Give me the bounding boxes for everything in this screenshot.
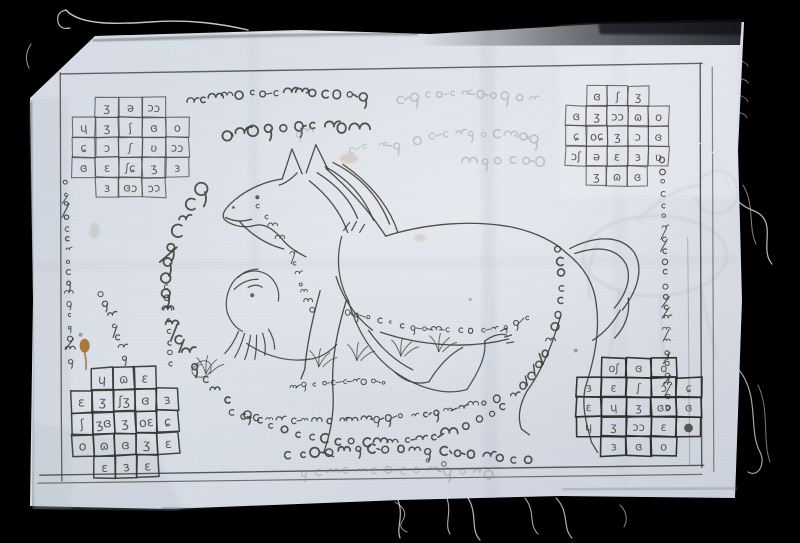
square-cell-numeral: ɜ [104,181,110,195]
square-cell-numeral: ɔɔ [147,100,161,115]
square-cell-numeral: ʒ [103,121,110,135]
square-cell-numeral: ɞ [79,161,87,175]
square-cell-numeral: ɞ [634,170,642,184]
square-cell-numeral: ɕ [164,415,172,430]
square-cell-numeral: ɞɔ [656,400,671,415]
square-cell-numeral: ɛ [660,420,667,435]
square-cell-numeral: ʃɕ [124,160,136,175]
square-cell-numeral: ɥ [79,120,88,135]
square-cell-numeral: ɛ [613,149,620,163]
square-cell-numeral: ɛ [101,461,108,476]
square-cell-numeral: ɞ [141,393,150,408]
square-cell-numeral: ʒ [593,109,601,123]
square-cell-numeral: ɔ [634,129,641,143]
square-cell-numeral: ʒ [121,416,130,432]
yantra-cloth-photo: ʒəɔɔɥʒʃɞoɕɔʃʋɔɔɞɛʃɕʒɜɜɞɔɔɔɞʃʒɞʒɔɔɷoɕoɕʒɔ… [0,0,800,543]
square-cell-numeral: oʃ [608,361,620,375]
square-cell-numeral: ɛ [141,371,149,386]
square-cell-numeral: ɔɔ [170,140,184,155]
square-cell-numeral: ɞ [634,439,643,454]
square-cell-numeral: ɞ [149,120,158,135]
square-cell-numeral: ɛ [610,380,617,395]
square-cell-numeral: ɕ [80,141,87,155]
square-cell-numeral: ʒ [143,437,151,452]
square-cell-numeral: ʒ [635,400,642,414]
square-cell-numeral: ● [683,420,694,435]
square-cell-numeral: ɷ [118,372,129,388]
square-cell-numeral: ɜ [174,161,181,175]
square-cell-numeral: oɕ [590,129,604,144]
square-cell-numeral: ʒ [103,101,110,115]
square-cell-numeral: ʒ [99,395,107,410]
square-cell-numeral: ɞ [635,361,643,375]
square-cell-numeral: ɕ [572,129,579,143]
square-cell-numeral: o [79,439,87,454]
square-cell-numeral: ʒɞ [95,416,113,433]
square-cell-numeral: ɞ [121,438,130,453]
square-cell-numeral: o [654,110,662,125]
square-cell-numeral: o [660,439,667,453]
square-cell-numeral: ɛ [78,395,85,410]
square-cell-numeral: ɷ [633,109,643,124]
square-cell-numeral: ɞɔ [123,180,138,195]
square-cell-numeral: ɕ [685,381,692,395]
square-cell-numeral: oɛ [138,415,154,432]
square-cell-numeral: ɥ [610,400,618,414]
square-cell-numeral: ɞ [593,89,602,103]
square-cell-numeral: ʒ [635,90,643,104]
square-cell-numeral: ə [126,101,134,115]
square-cell-numeral: ʃʒ [117,394,130,409]
square-cell-numeral: ɔɔ [611,109,624,123]
square-cell-numeral: ɞ [572,109,580,123]
square-cell-numeral: ɛ [586,400,592,414]
square-cell-numeral: ə [593,149,600,163]
square-cell-numeral: ɞ [654,129,663,144]
square-cell-numeral: ɔʃ [571,149,582,163]
square-cell-numeral: ʒ [593,169,600,183]
square-cell-numeral: ɞ [685,400,693,414]
square-cell-numeral: ɔɔ [632,420,645,434]
square-cell-numeral: ʒ [614,129,621,143]
square-cell-numeral: ɷ [99,438,110,454]
square-cell-numeral: ɔ [104,141,111,155]
square-cell-numeral: ʒ [610,420,617,434]
square-cell-numeral: ɔɔ [147,180,161,195]
square-cell-numeral: ɛ [104,161,111,175]
square-cell-numeral: ɥ [98,373,107,388]
square-cell-numeral: ɜ [634,149,641,163]
square-cell-numeral: o [173,120,181,135]
square-cell-numeral: ɷ [613,169,622,183]
photograph: ʒəɔɔɥʒʃɞoɕɔʃʋɔɔɞɛʃɕʒɜɜɞɔɔɔɞʃʒɞʒɔɔɷoɕoɕʒɔ… [0,0,800,543]
